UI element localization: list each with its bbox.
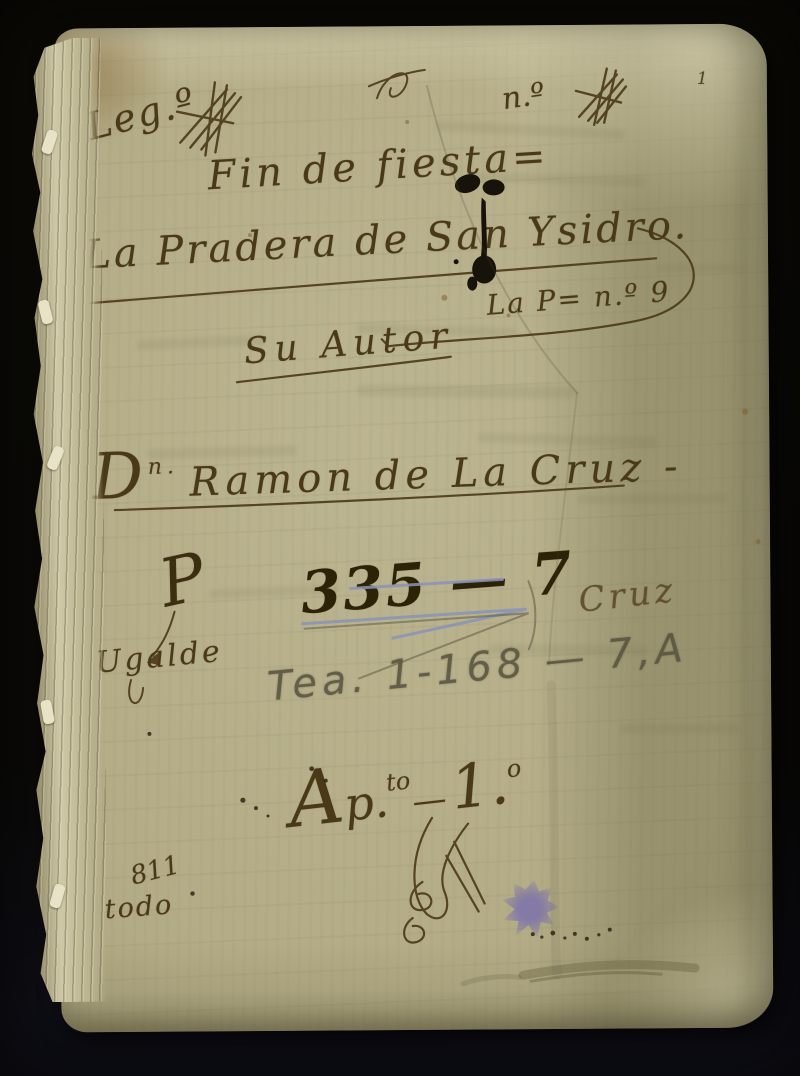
aparte-number: 1. — [447, 748, 512, 824]
aparte-mark: Ap.to—1.o — [284, 737, 526, 839]
smudge — [463, 964, 695, 984]
aparte-dash: — — [410, 779, 448, 823]
letter-p: P — [154, 544, 212, 618]
show-through-mark — [357, 384, 577, 398]
author-initial-sup: n. — [147, 456, 179, 479]
aparte-p: p. — [341, 773, 391, 832]
archive-stamp — [496, 875, 563, 945]
todo-note: todo — [104, 891, 175, 923]
ugalde-note: Ugalde — [95, 637, 224, 679]
aparte-sup: to — [385, 768, 412, 795]
old-number: 335 — 7 — [299, 543, 576, 622]
cruz-note: Cruz — [577, 573, 678, 618]
pencil-shelfmark: Tea. 1-168 — 7,A — [266, 628, 689, 707]
catalog-note: La P= n.º 9 — [486, 278, 672, 320]
cross-mark — [369, 70, 425, 98]
title-line: La Pradera de San Ysidro. — [83, 205, 689, 276]
folio-number: 1 — [697, 71, 708, 88]
manuscript-photo: Leg.º n.º 1 Fin de fiesta= La Pradera de… — [0, 0, 800, 1076]
manuscript-page: Leg.º n.º 1 Fin de fiesta= La Pradera de… — [55, 24, 774, 1033]
book-spine-edges — [27, 38, 108, 1002]
author-label: Su Autor — [243, 318, 455, 370]
numero-mark: n.º — [500, 79, 547, 115]
numero-scribble — [576, 69, 626, 125]
show-through-mark — [578, 494, 728, 504]
aparte-number-sup: o — [505, 756, 522, 781]
genre-line: Fin de fiesta= — [207, 136, 551, 196]
aparte-a: A — [284, 750, 348, 845]
show-through-mark — [619, 724, 739, 734]
number-811: 811 — [128, 852, 183, 890]
rubric-flourish — [403, 818, 485, 943]
show-through-mark — [656, 264, 746, 273]
ugalde-flourish — [129, 680, 143, 703]
